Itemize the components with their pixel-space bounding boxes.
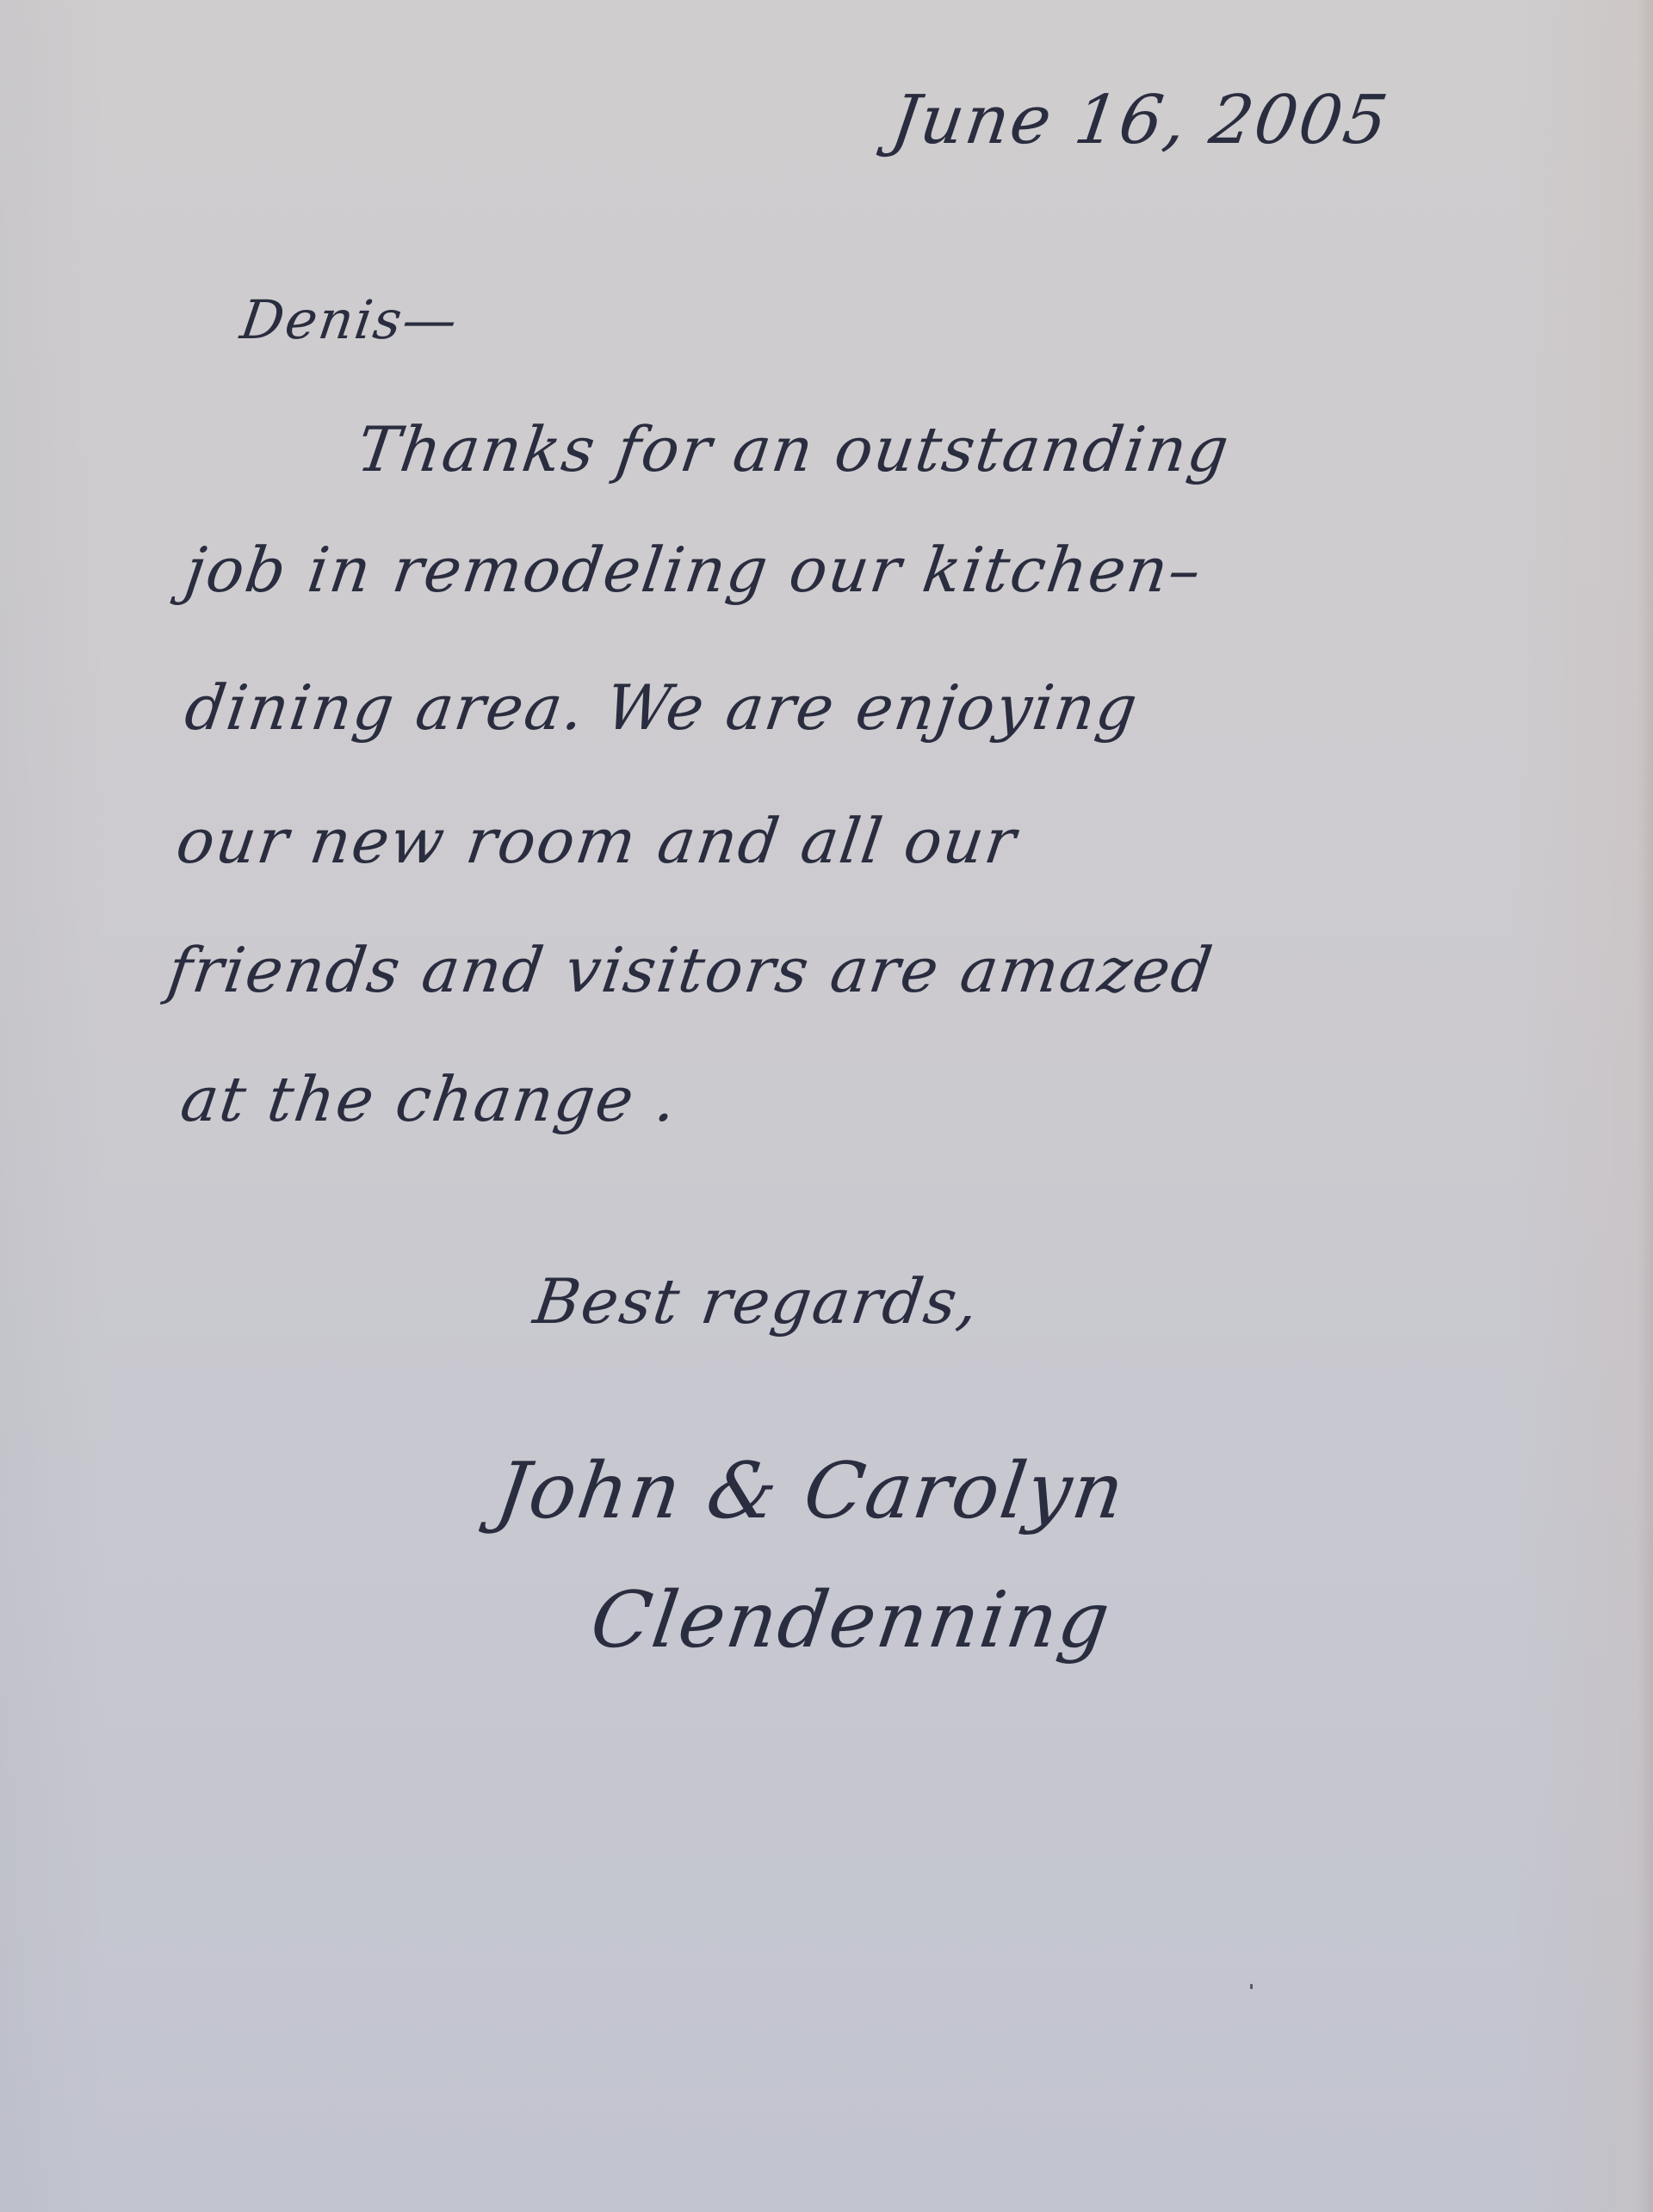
paper-speck <box>1250 1984 1253 1989</box>
signature-surname: Clendenning <box>585 1575 1117 1665</box>
letter-salutation: Denis— <box>237 288 462 351</box>
letter-body-line-6: at the change . <box>176 1063 683 1135</box>
letter-body-line-2: job in remodeling our kitchen– <box>181 534 1207 606</box>
letter-closing: Best regards, <box>529 1265 984 1338</box>
letter-paper: June 16, 2005 Denis— Thanks for an outst… <box>0 0 1653 2212</box>
letter-body-line-5: friends and visitors are amazed <box>164 934 1218 1006</box>
letter-body-line-1: Thanks for an outstanding <box>353 413 1235 485</box>
letter-body-line-3: dining area. We are enjoying <box>181 671 1143 744</box>
signature-first-names: John & Carolyn <box>491 1446 1131 1536</box>
letter-date: June 16, 2005 <box>887 82 1394 159</box>
letter-body-line-4: our new room and all our <box>172 805 1022 877</box>
